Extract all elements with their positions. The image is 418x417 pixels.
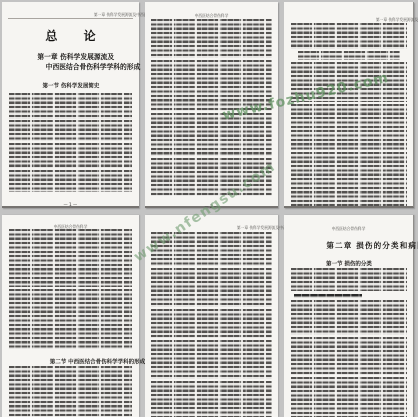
scanned-book-preview: 第一章 伤科学发展源流及中西医结合骨伤科学学科的形成 总 论 第一章 伤科学发展… xyxy=(0,0,418,417)
body-text-block xyxy=(291,23,407,49)
page-number: — 1 — xyxy=(2,197,139,213)
running-header: 第一章 伤科学发展源流及中西医结合骨伤科学学科的形成 xyxy=(2,9,139,25)
chapter-heading: 第二章 损伤的分类和病因病机 xyxy=(284,239,413,255)
body-text-block xyxy=(151,60,272,111)
body-text-block xyxy=(9,120,132,141)
body-text-block xyxy=(9,93,132,119)
page-thumbnail-1[interactable]: 第一章 伤科学发展源流及中西医结合骨伤科学学科的形成 总 论 第一章 伤科学发展… xyxy=(2,2,139,208)
body-text-block xyxy=(151,340,272,379)
page-thumbnail-3[interactable]: 第一章 伤科学发展源流及中西医结合骨伤科学学科的形成 xyxy=(284,2,414,208)
body-text-block xyxy=(151,232,272,266)
page-thumbnail-6[interactable]: 中西医结合骨伤科学 第二章 损伤的分类和病因病机 第一节 损伤的分类 xyxy=(284,215,414,417)
body-text-block xyxy=(291,337,407,375)
page-thumbnail-4[interactable]: 中西医结合骨伤科学 第二节 中西医结合骨伤科学学科的形成 xyxy=(2,215,139,417)
page-number: — 2 — xyxy=(145,199,278,215)
chapter-heading-line2: 中西医结合骨伤科学学科的形成 xyxy=(2,61,139,77)
body-text-block xyxy=(291,377,407,417)
body-text-block xyxy=(151,158,272,196)
body-text-block xyxy=(298,51,400,60)
body-text-block xyxy=(291,268,407,291)
body-text-block xyxy=(291,104,407,150)
body-text-block xyxy=(151,19,272,58)
body-text-block xyxy=(291,62,407,102)
body-text-block xyxy=(291,300,407,335)
body-text-block xyxy=(9,170,132,192)
body-text-block xyxy=(9,143,132,168)
body-text-block xyxy=(9,289,132,349)
running-header: 中西医结合骨伤科学 xyxy=(284,223,413,239)
body-text-block xyxy=(151,113,272,156)
page-thumbnail-2[interactable]: 中西医结合骨伤科学 — 2 — xyxy=(145,2,278,208)
body-text-block xyxy=(151,268,272,307)
body-text-block xyxy=(9,366,132,417)
body-text-block xyxy=(291,152,407,206)
body-text-block xyxy=(9,229,132,287)
list-item-text-block xyxy=(294,294,362,298)
body-text-block xyxy=(151,309,272,338)
page-thumbnail-5[interactable]: 第一章 伤科学发展源流及中西医结合骨伤科学学科的形成 xyxy=(145,215,278,417)
header-rule xyxy=(8,18,133,19)
body-text-block xyxy=(151,381,272,417)
page-title: 总 论 xyxy=(2,27,139,43)
